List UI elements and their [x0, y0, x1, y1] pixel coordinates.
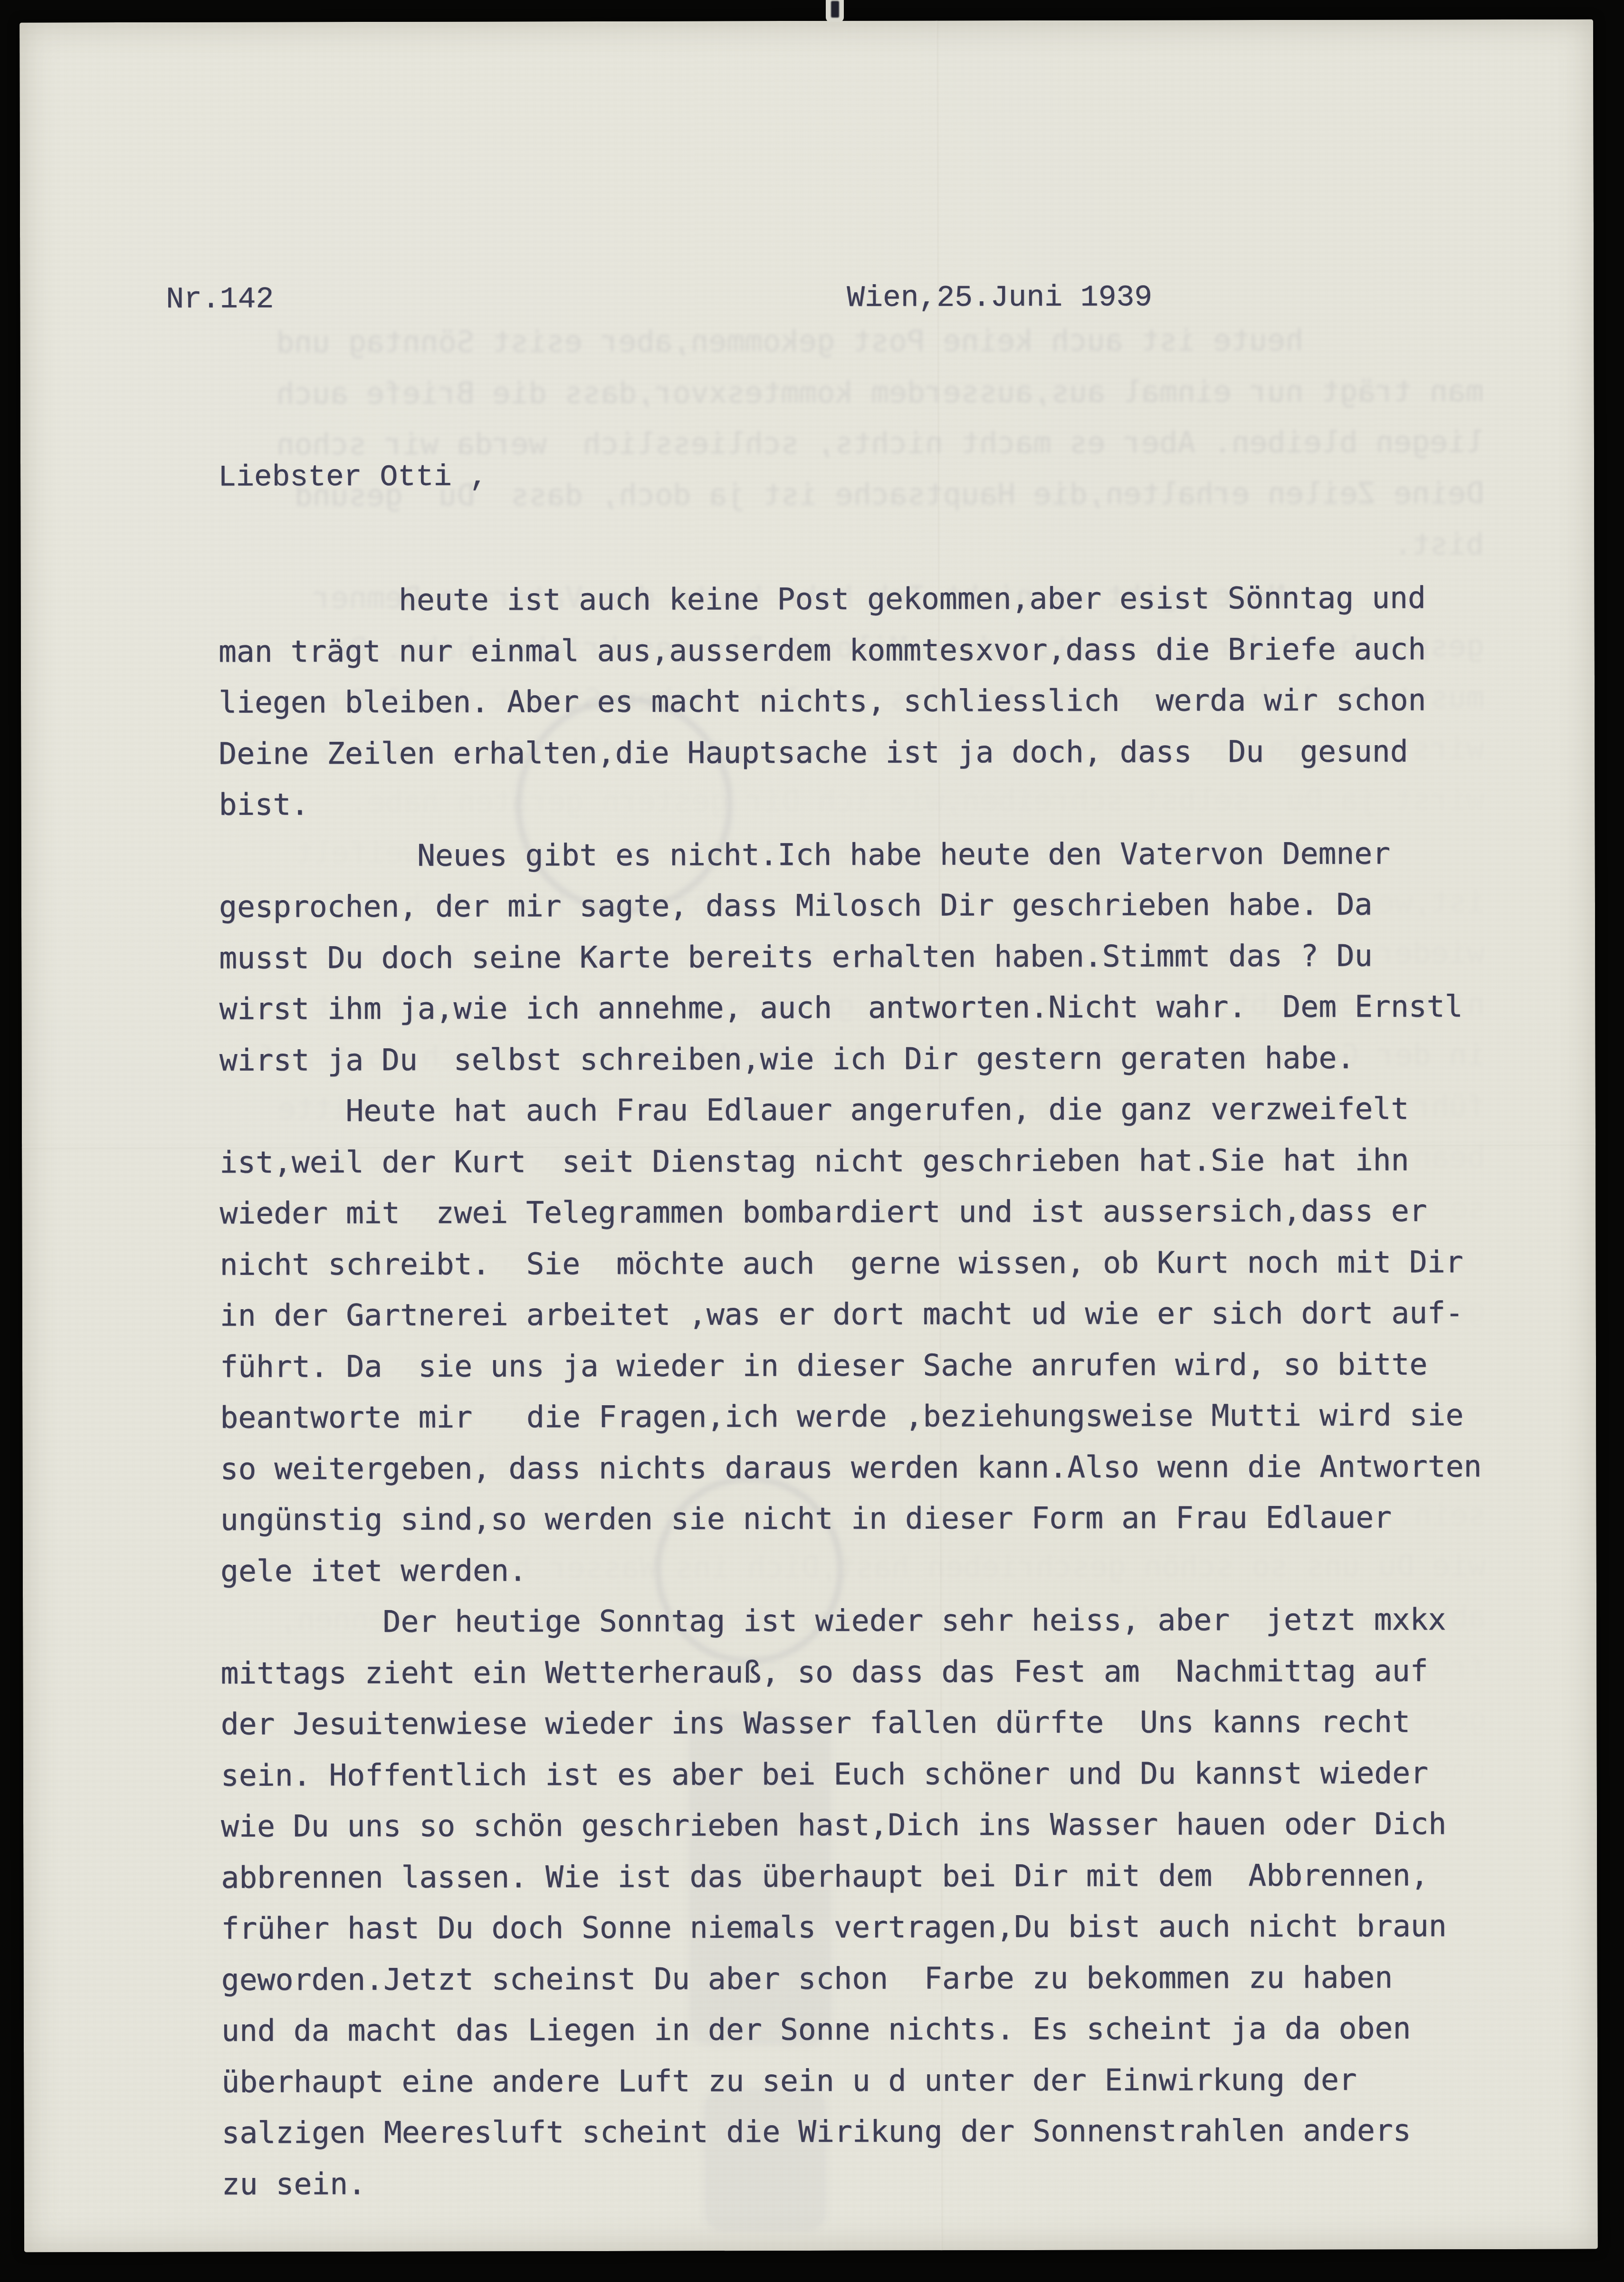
- letter-paper: heute ist auch keine Post gekommen,aber …: [19, 19, 1598, 2253]
- scan-edge-artifact-mark: [831, 1, 839, 18]
- letter-dateline: Wien,25.Juni 1939: [847, 272, 1152, 324]
- letter-body: heute ist auch keine Post gekommen,aber …: [219, 572, 1483, 2210]
- scan-background: { "scan": { "background_color": "#070706…: [0, 0, 1624, 2282]
- letter-number: Nr.142: [166, 274, 274, 325]
- letter-salutation: Liebster Otti ,: [218, 451, 487, 503]
